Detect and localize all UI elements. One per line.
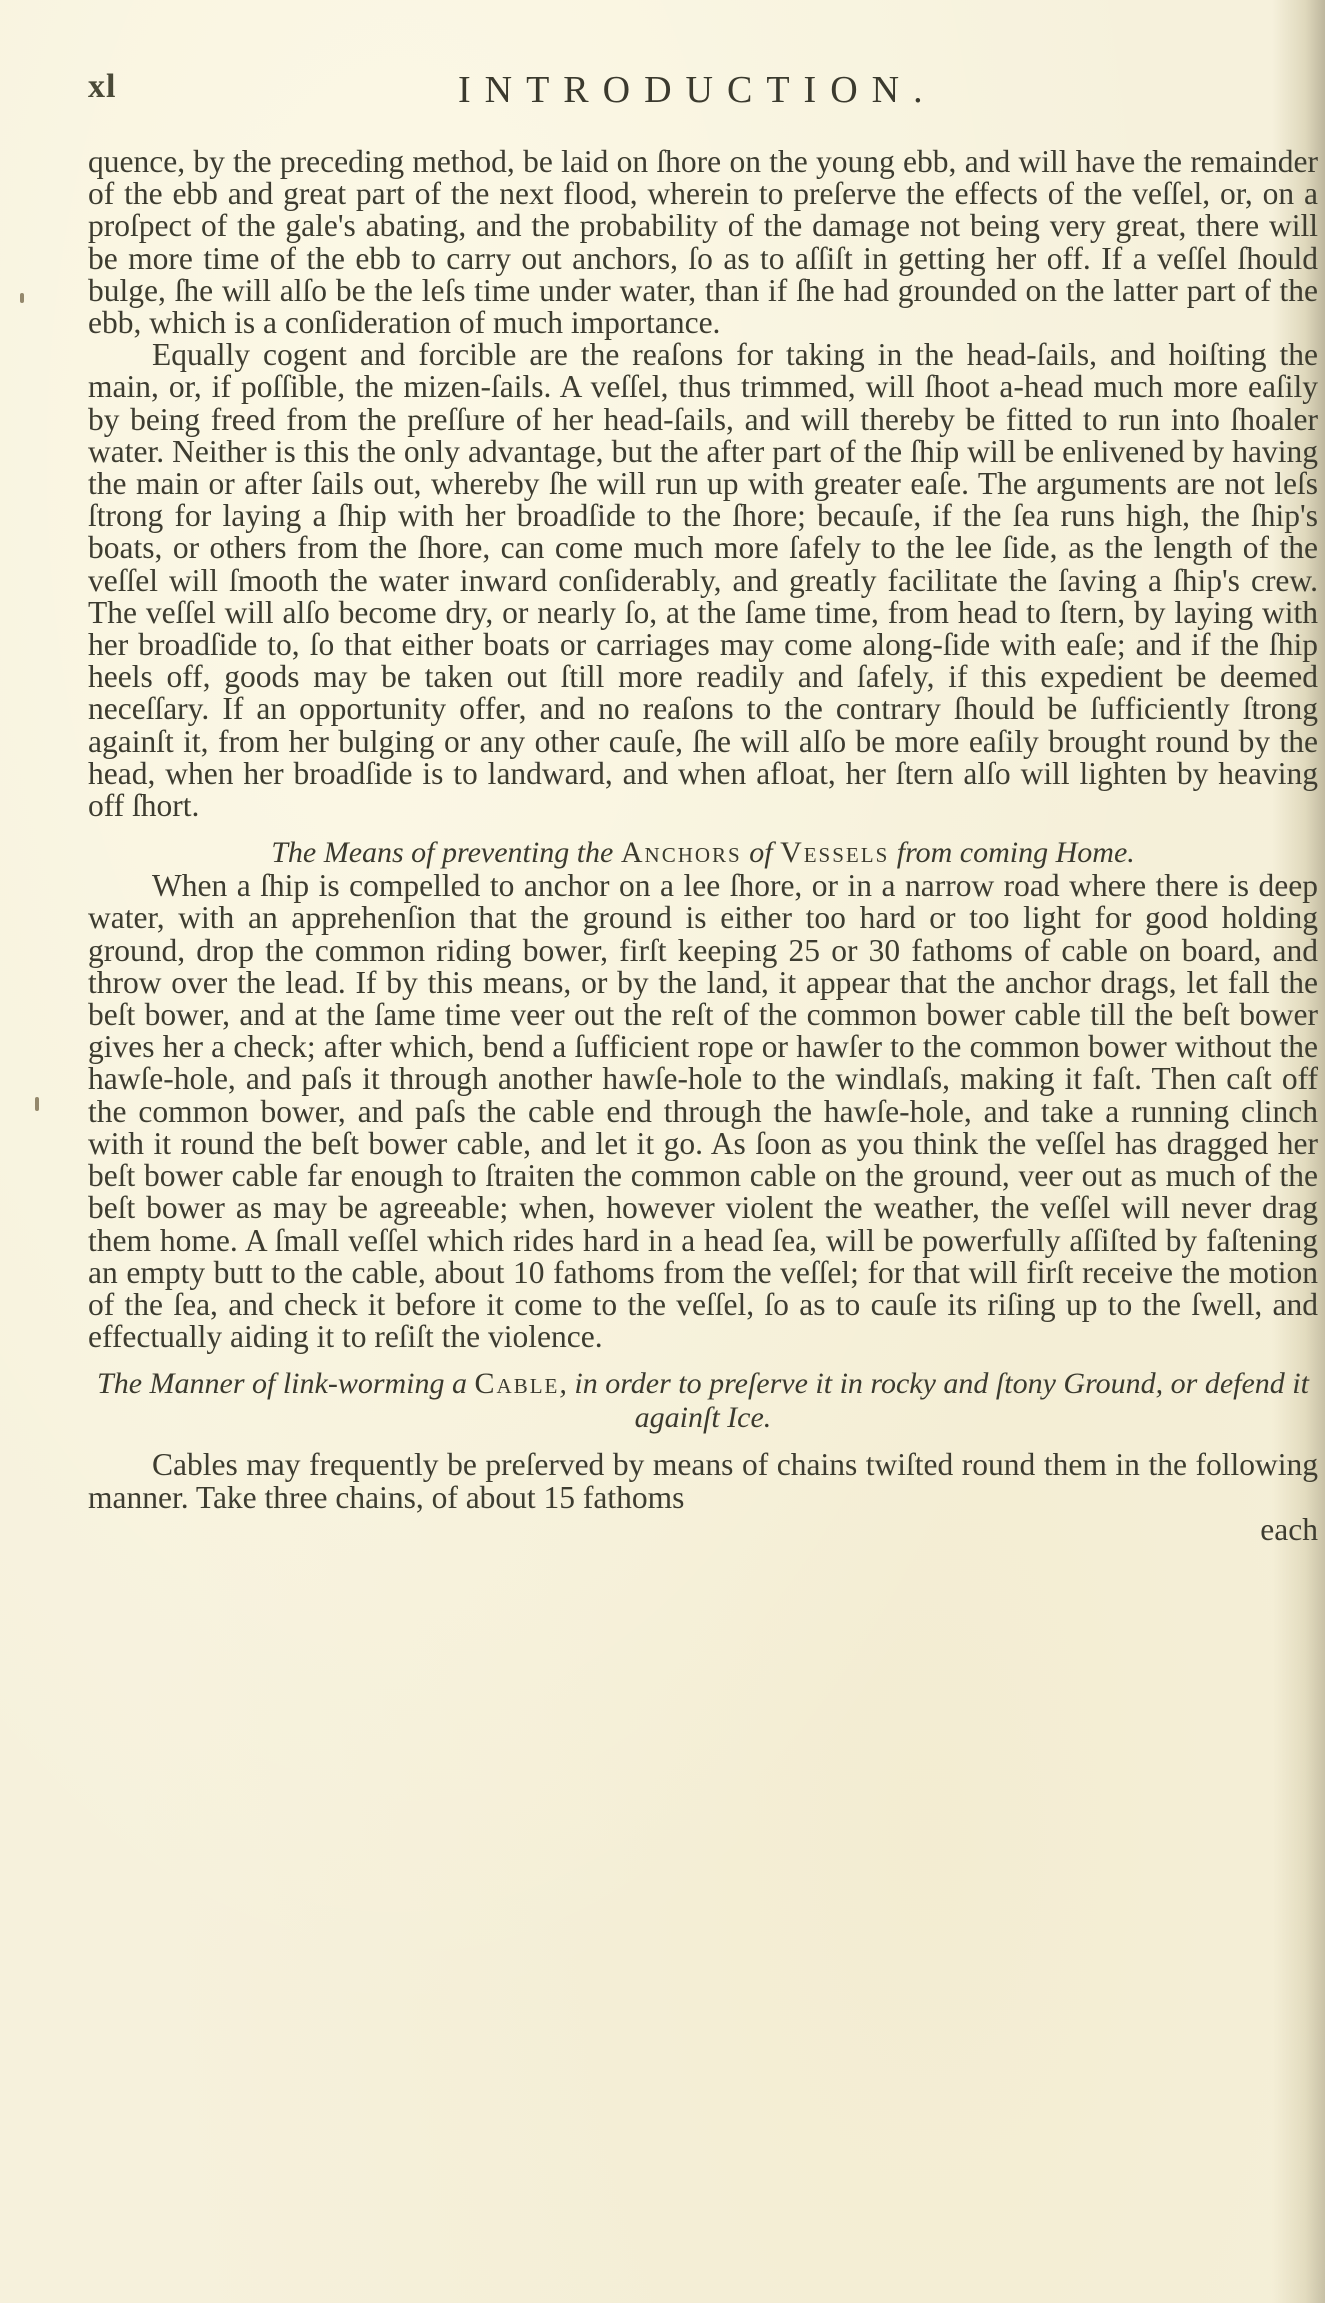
ink-mark: [20, 293, 24, 303]
spacer: [88, 1353, 1318, 1367]
heading-text: from coming Home.: [889, 836, 1135, 869]
heading-text: of: [742, 836, 780, 869]
paragraph-cables: Cables may frequently be preſerved by me…: [88, 1449, 1318, 1513]
running-head-title: INTRODUCTION.: [458, 68, 937, 112]
paragraph-continuation: quence, by the preceding method, be laid…: [88, 146, 1318, 339]
heading-smallcaps: Vessels: [780, 836, 889, 869]
paragraph-head-sails: Equally cogent and forcible are the reaſ…: [88, 339, 1318, 822]
heading-text: The Means of preventing the: [271, 836, 621, 869]
heading-smallcaps: Cable: [475, 1367, 560, 1400]
section-heading-link-worming: The Manner of link-worming a Cable, in o…: [88, 1367, 1318, 1435]
page-body: quence, by the preceding method, be laid…: [88, 146, 1318, 1546]
catchword: each: [88, 1514, 1318, 1546]
ink-mark: [35, 1097, 39, 1111]
heading-text: The Manner of link-worming a: [97, 1367, 474, 1400]
section-heading-anchors: The Means of preventing the Anchors of V…: [88, 836, 1318, 870]
book-page: xl INTRODUCTION. quence, by the precedin…: [0, 0, 1325, 2303]
running-head: xl INTRODUCTION.: [88, 68, 1318, 118]
page-number: xl: [88, 68, 116, 106]
paragraph-anchoring: When a ſhip is compelled to anchor on a …: [88, 870, 1318, 1353]
spacer: [88, 822, 1318, 836]
heading-text: , in order to preſerve it in rocky and ſ…: [559, 1367, 1309, 1434]
heading-smallcaps: Anchors: [621, 836, 742, 869]
